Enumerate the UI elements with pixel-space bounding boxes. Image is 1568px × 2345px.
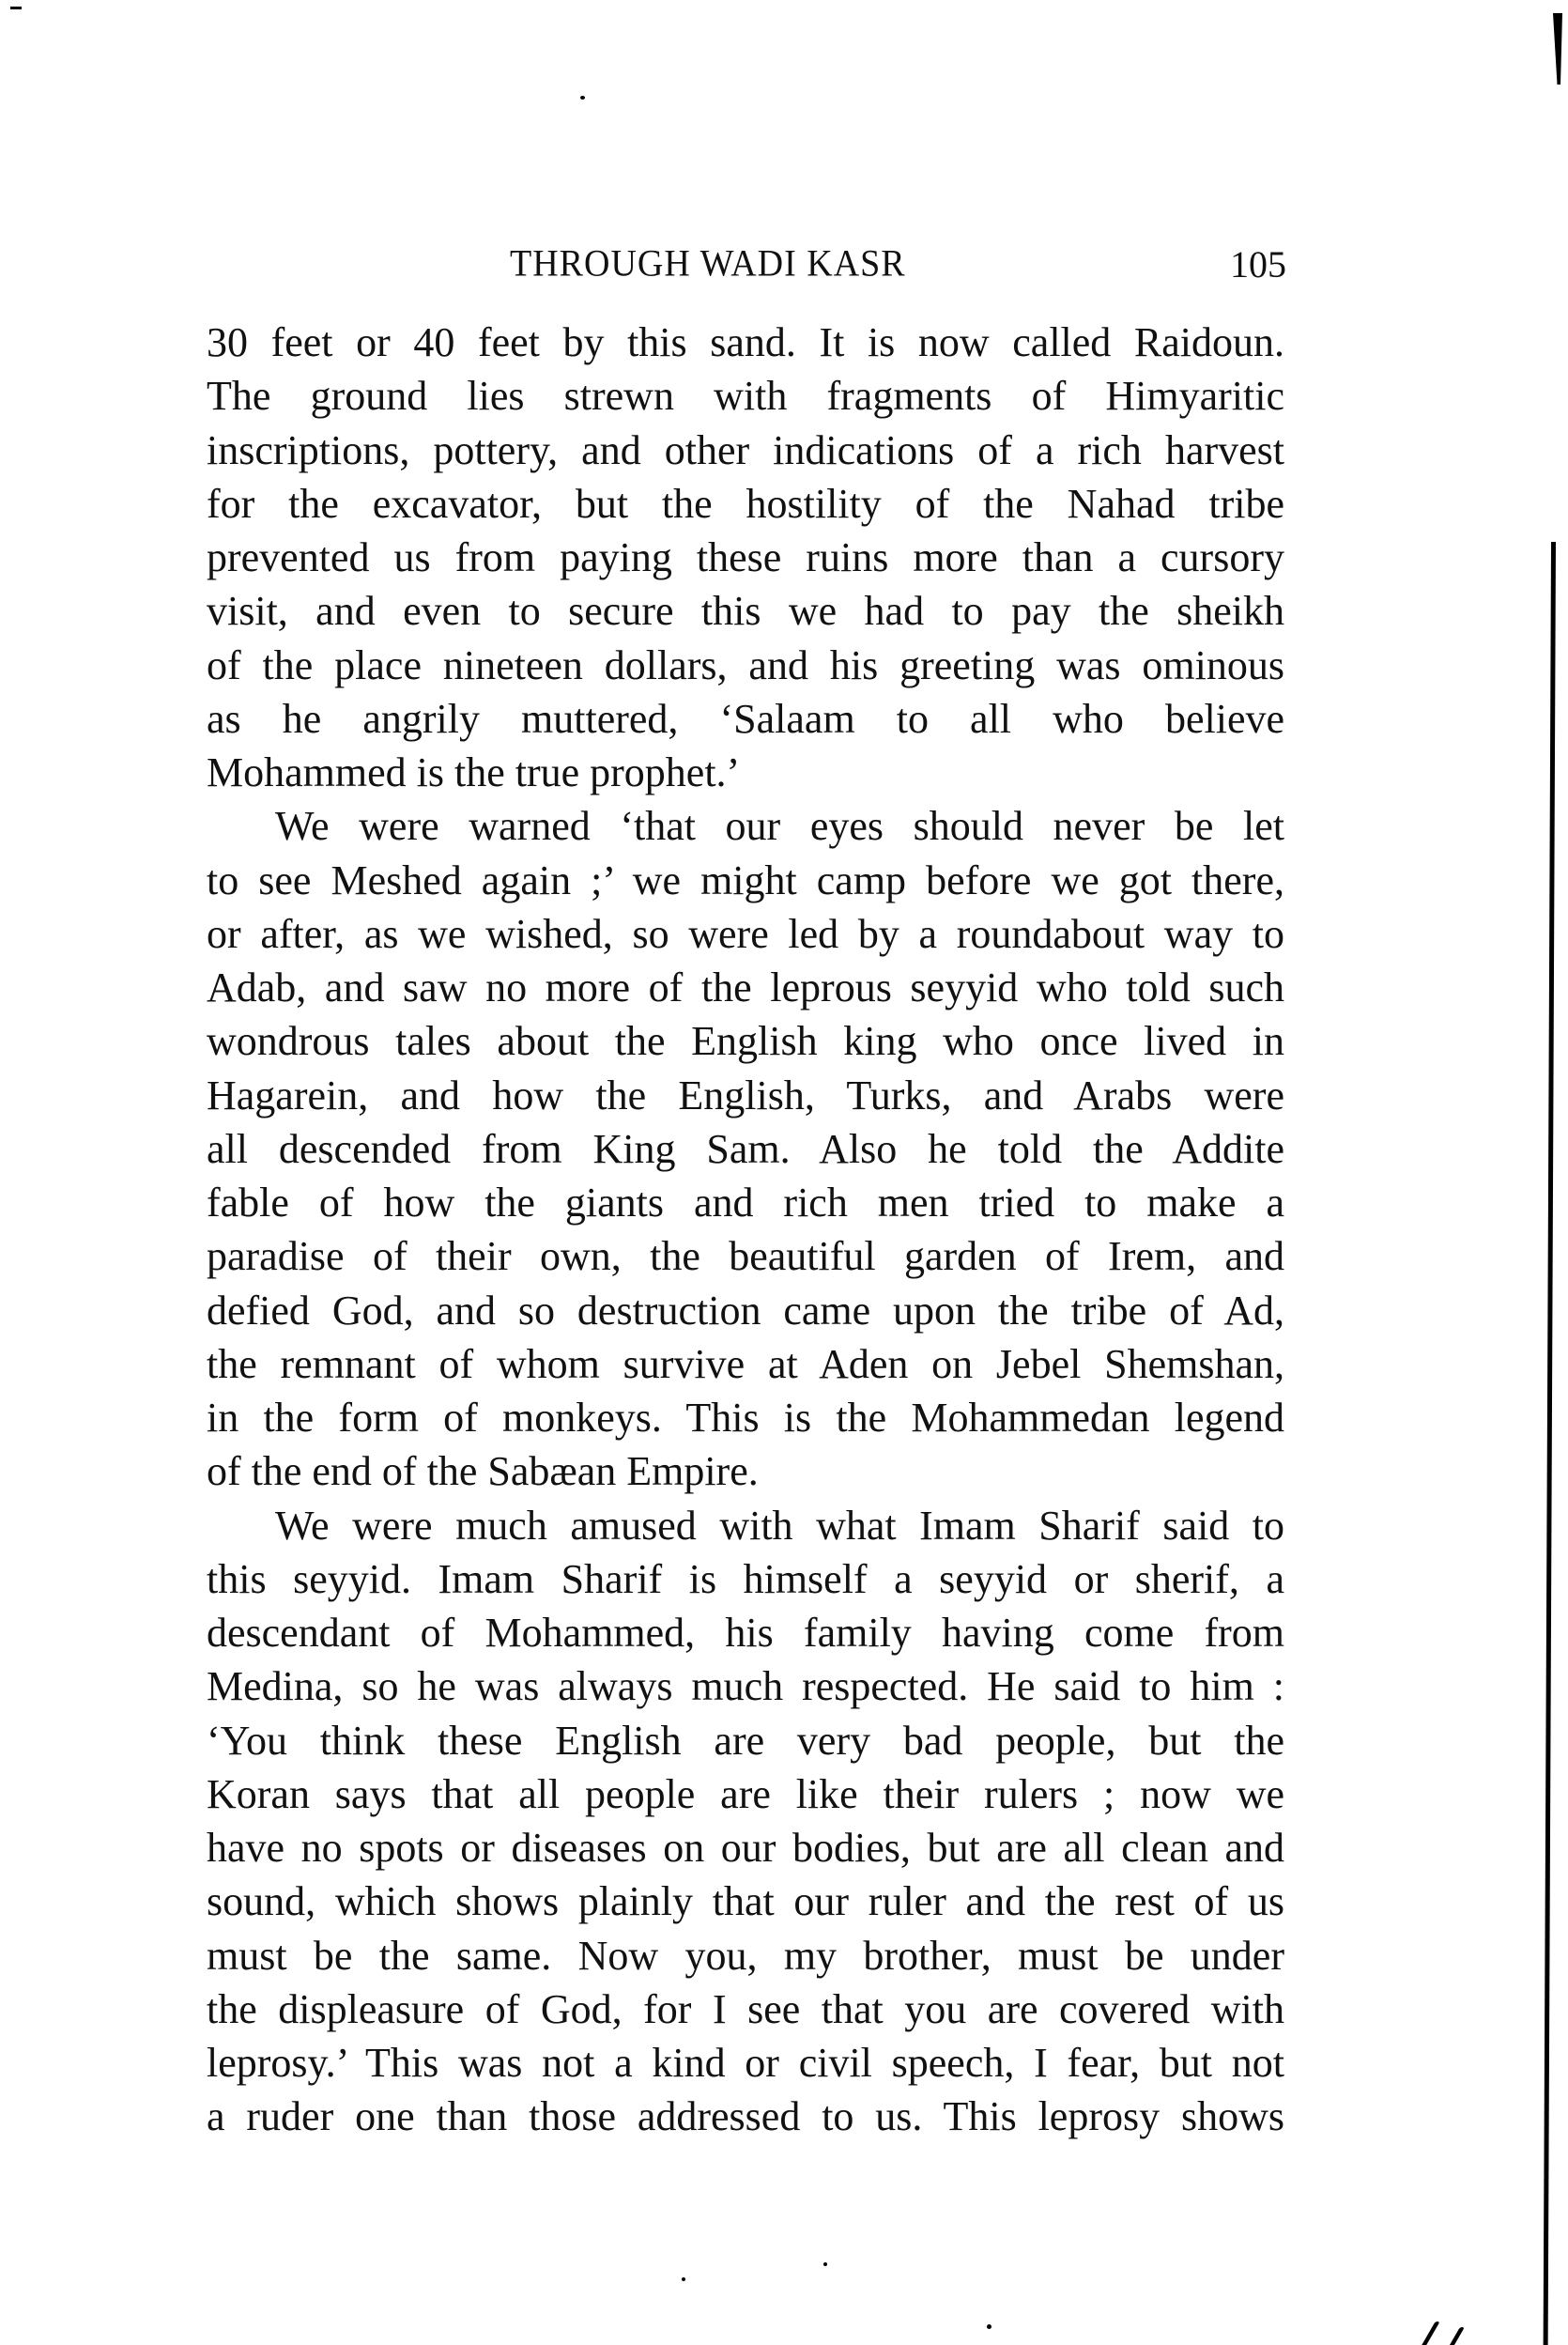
paragraph: 30 feet or 40 feet by this sand. It is n… xyxy=(207,316,1284,799)
text-line: inscriptions, pottery, and other indicat… xyxy=(207,424,1284,477)
scan-speck xyxy=(580,96,585,100)
text-line: of the place nineteen dollars, and his g… xyxy=(207,639,1284,692)
book-page: // THROUGH WADI KASR 105 30 feet or 40 f… xyxy=(0,0,1568,2345)
text-line: of the end of the Sabæan Empire. xyxy=(207,1444,1284,1498)
text-line: for the excavator, but the hostility of … xyxy=(207,477,1284,531)
text-line: or after, as we wished, so were led by a… xyxy=(207,907,1284,961)
text-line: have no spots or diseases on our bodies,… xyxy=(207,1821,1284,1874)
text-line: a ruder one than those addressed to us. … xyxy=(207,2090,1284,2143)
text-line: prevented us from paying these ruins mor… xyxy=(207,531,1284,584)
scan-speck xyxy=(823,2262,827,2266)
scan-artifact-top-left-dash xyxy=(10,7,22,9)
text-line: visit, and even to secure this we had to… xyxy=(207,584,1284,638)
page-number: 105 xyxy=(1230,242,1286,286)
running-title: THROUGH WADI KASR xyxy=(510,242,906,282)
text-line: defied God, and so destruction came upon… xyxy=(207,1284,1284,1337)
page-edge-shadow-right xyxy=(1544,542,1556,2345)
paragraph: We were much amused with what Imam Shari… xyxy=(207,1499,1284,2144)
text-line: Medina, so he was always much respected.… xyxy=(207,1659,1284,1713)
text-line: all descended from King Sam. Also he tol… xyxy=(207,1122,1284,1176)
text-line: Adab, and saw no more of the leprous sey… xyxy=(207,961,1284,1014)
handwritten-slash-mark xyxy=(1419,2322,1439,2345)
text-line: Hagarein, and how the English, Turks, an… xyxy=(207,1069,1284,1122)
text-line: the displeasure of God, for I see that y… xyxy=(207,1982,1284,2036)
text-line: to see Meshed again ;’ we might camp bef… xyxy=(207,854,1284,907)
text-line: wondrous tales about the English king wh… xyxy=(207,1014,1284,1068)
scan-artifact-top-right-edge xyxy=(1553,13,1562,85)
scan-speck xyxy=(682,2277,685,2281)
text-line: the remnant of whom survive at Aden on J… xyxy=(207,1337,1284,1391)
text-line: paradise of their own, the beautiful gar… xyxy=(207,1229,1284,1283)
paragraph: We were warned ‘that our eyes should nev… xyxy=(207,799,1284,1498)
text-line: ‘You think these English are very bad pe… xyxy=(207,1714,1284,1767)
text-line: Koran says that all people are like thei… xyxy=(207,1767,1284,1821)
text-line: leprosy.’ This was not a kind or civil s… xyxy=(207,2036,1284,2090)
handwritten-slash-mark xyxy=(1447,2327,1465,2345)
text-line: in the form of monkeys. This is the Moha… xyxy=(207,1391,1284,1444)
text-line: We were warned ‘that our eyes should nev… xyxy=(207,799,1284,853)
body-text: 30 feet or 40 feet by this sand. It is n… xyxy=(207,316,1284,2144)
text-line: Mohammed is the true prophet.’ xyxy=(207,746,1284,799)
text-line: 30 feet or 40 feet by this sand. It is n… xyxy=(207,316,1284,369)
text-line: The ground lies strewn with fragments of… xyxy=(207,369,1284,423)
text-line: sound, which shows plainly that our rule… xyxy=(207,1874,1284,1928)
text-line: this seyyid. Imam Sharif is himself a se… xyxy=(207,1552,1284,1606)
text-line: descendant of Mohammed, his family havin… xyxy=(207,1606,1284,1659)
text-line: fable of how the giants and rich men tri… xyxy=(207,1176,1284,1229)
scan-speck xyxy=(987,2324,992,2329)
text-line: We were much amused with what Imam Shari… xyxy=(207,1499,1284,1552)
text-line: as he angrily muttered, ‘Salaam to all w… xyxy=(207,692,1284,746)
text-line: must be the same. Now you, my brother, m… xyxy=(207,1929,1284,1982)
